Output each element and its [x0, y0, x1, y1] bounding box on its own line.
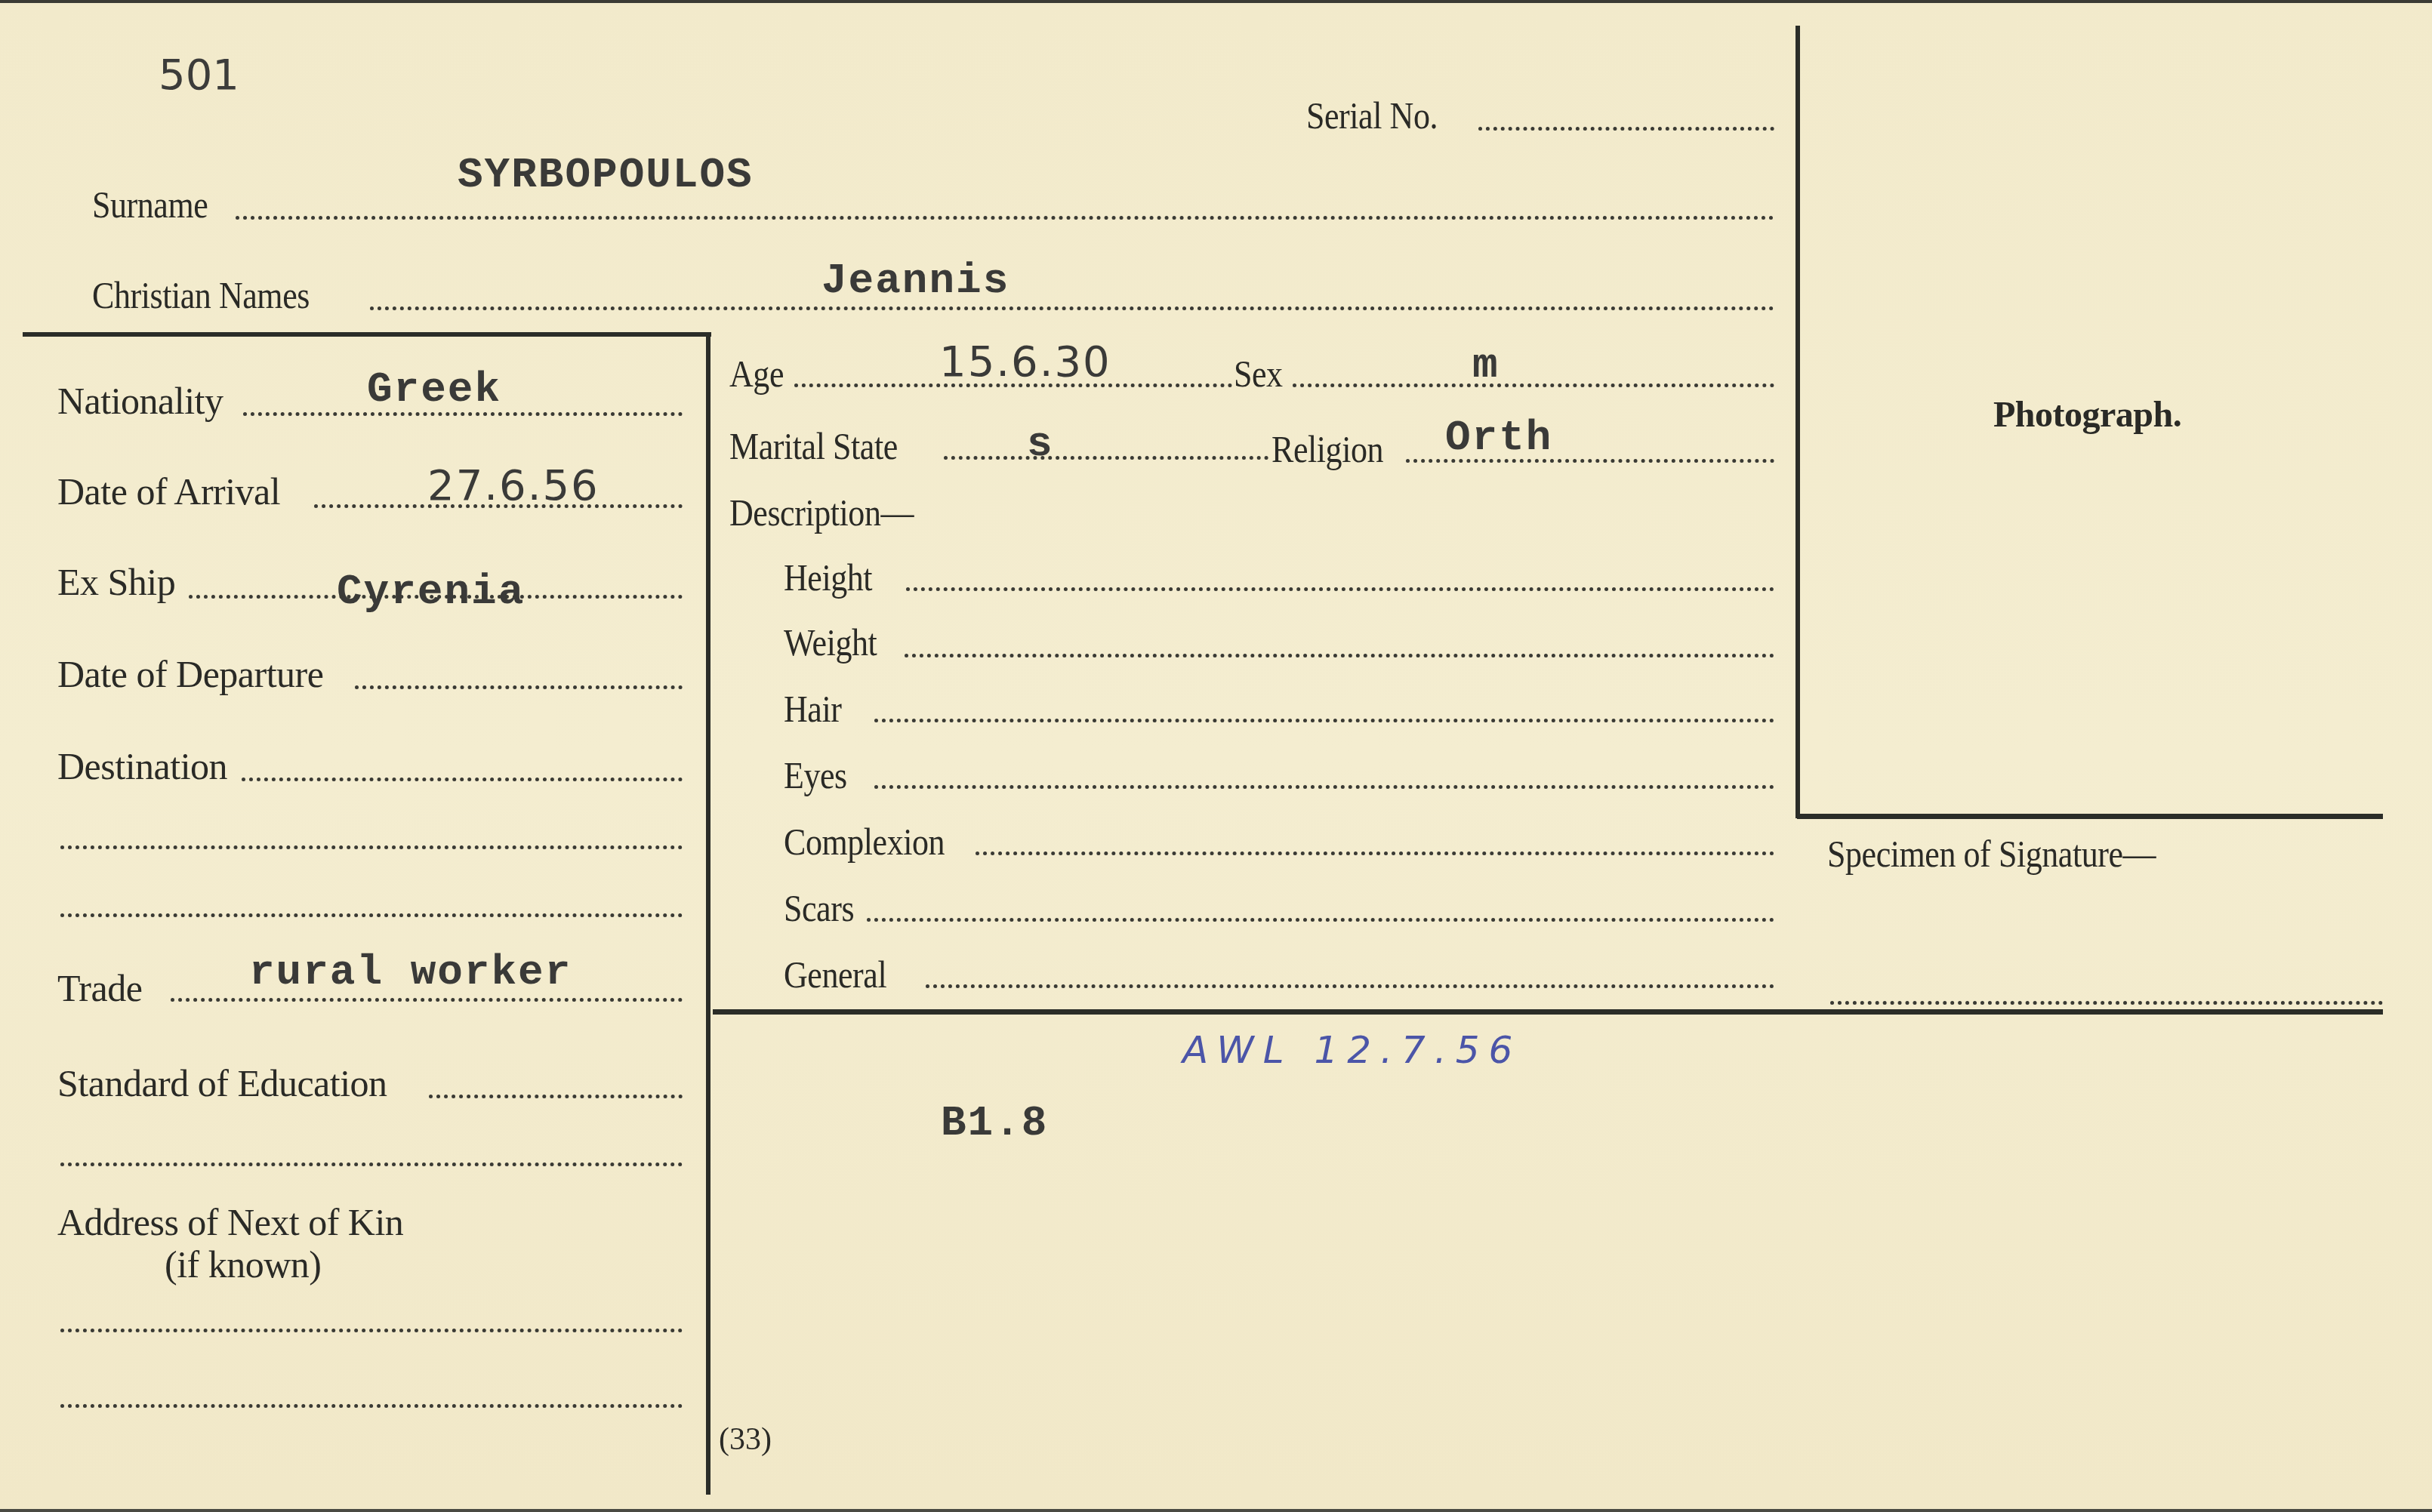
height-field[interactable] — [906, 587, 1774, 591]
date-of-departure-label: Date of Departure — [57, 655, 323, 693]
card-top-edge — [0, 0, 2432, 3]
destination-field[interactable] — [242, 778, 683, 781]
trade-value: rural worker — [249, 951, 572, 993]
weight-field[interactable] — [905, 654, 1774, 657]
complexion-label: Complexion — [784, 823, 945, 861]
surname-field[interactable] — [236, 216, 1774, 220]
description-label: Description— — [729, 494, 914, 531]
destination-label: Destination — [57, 747, 227, 785]
marital-state-field[interactable] — [944, 456, 1268, 460]
ex-ship-value: Cyrenia — [337, 571, 525, 613]
left-box-top-rule — [23, 332, 711, 337]
ex-ship-field[interactable] — [189, 595, 683, 599]
date-of-arrival-field[interactable] — [314, 504, 683, 508]
middle-horizontal-rule — [713, 1009, 2383, 1015]
next-of-kin-label: Address of Next of Kin — [57, 1203, 403, 1241]
hair-field[interactable] — [874, 719, 1774, 722]
handwritten-annotation: AWL 12.7.56 — [1182, 1031, 1521, 1069]
date-of-arrival-label: Date of Arrival — [57, 473, 280, 510]
scars-label: Scars — [784, 889, 854, 927]
form-code: (33) — [719, 1424, 772, 1455]
christian-names-label: Christian Names — [92, 276, 310, 314]
age-label: Age — [729, 355, 784, 393]
age-value: 15.6.30 — [939, 341, 1111, 383]
registration-card: 501 Serial No. Surname SYRBOPOULOS Chris… — [0, 0, 2432, 1512]
weight-label: Weight — [784, 624, 877, 661]
eyes-label: Eyes — [784, 756, 847, 794]
destination-field-line-2[interactable] — [60, 845, 683, 849]
christian-names-value: Jeannis — [821, 260, 1009, 302]
surname-label: Surname — [92, 186, 208, 223]
religion-field[interactable] — [1406, 459, 1774, 463]
age-field[interactable] — [794, 383, 1232, 387]
height-label: Height — [784, 559, 872, 596]
serial-no-field[interactable] — [1478, 127, 1774, 131]
religion-label: Religion — [1271, 430, 1383, 468]
surname-value: SYRBOPOULOS — [458, 154, 754, 196]
date-of-departure-field[interactable] — [355, 685, 683, 689]
nationality-field[interactable] — [243, 412, 683, 416]
marital-state-label: Marital State — [729, 427, 898, 465]
ex-ship-label: Ex Ship — [57, 563, 175, 601]
left-column-divider — [706, 332, 710, 1495]
general-label: General — [784, 956, 886, 993]
trade-field[interactable] — [171, 998, 683, 1002]
card-number: 501 — [159, 54, 239, 97]
photograph-label: Photograph. — [1993, 397, 2181, 433]
photo-box-bottom-rule — [1797, 814, 2383, 819]
sex-field[interactable] — [1293, 383, 1774, 387]
christian-names-field[interactable] — [370, 306, 1774, 310]
destination-field-line-3[interactable] — [60, 913, 683, 917]
next-of-kin-field-line-1[interactable] — [60, 1329, 683, 1332]
hair-label: Hair — [784, 690, 841, 728]
photo-box-left-rule — [1795, 26, 1800, 818]
complexion-field[interactable] — [976, 851, 1774, 855]
next-of-kin-field-line-2[interactable] — [60, 1404, 683, 1408]
signature-field[interactable] — [1830, 1001, 2383, 1005]
date-of-arrival-value: 27.6.56 — [427, 465, 600, 507]
standard-of-education-label: Standard of Education — [57, 1064, 387, 1102]
sex-label: Sex — [1234, 355, 1283, 393]
standard-of-education-field[interactable] — [429, 1095, 683, 1098]
general-field[interactable] — [926, 984, 1774, 988]
eyes-field[interactable] — [874, 785, 1774, 789]
sex-value: m — [1472, 344, 1500, 386]
next-of-kin-sublabel: (if known) — [165, 1246, 321, 1283]
serial-no-label: Serial No. — [1306, 97, 1438, 134]
card-bottom-edge — [0, 1509, 2432, 1512]
nationality-value: Greek — [367, 368, 501, 411]
signature-label: Specimen of Signature— — [1827, 835, 2156, 873]
scars-field[interactable] — [867, 918, 1774, 922]
trade-label: Trade — [57, 969, 142, 1007]
religion-value: Orth — [1445, 417, 1552, 459]
nationality-label: Nationality — [57, 382, 223, 420]
education-field-line-2[interactable] — [60, 1162, 683, 1166]
typed-code: B1.8 — [941, 1102, 1048, 1144]
